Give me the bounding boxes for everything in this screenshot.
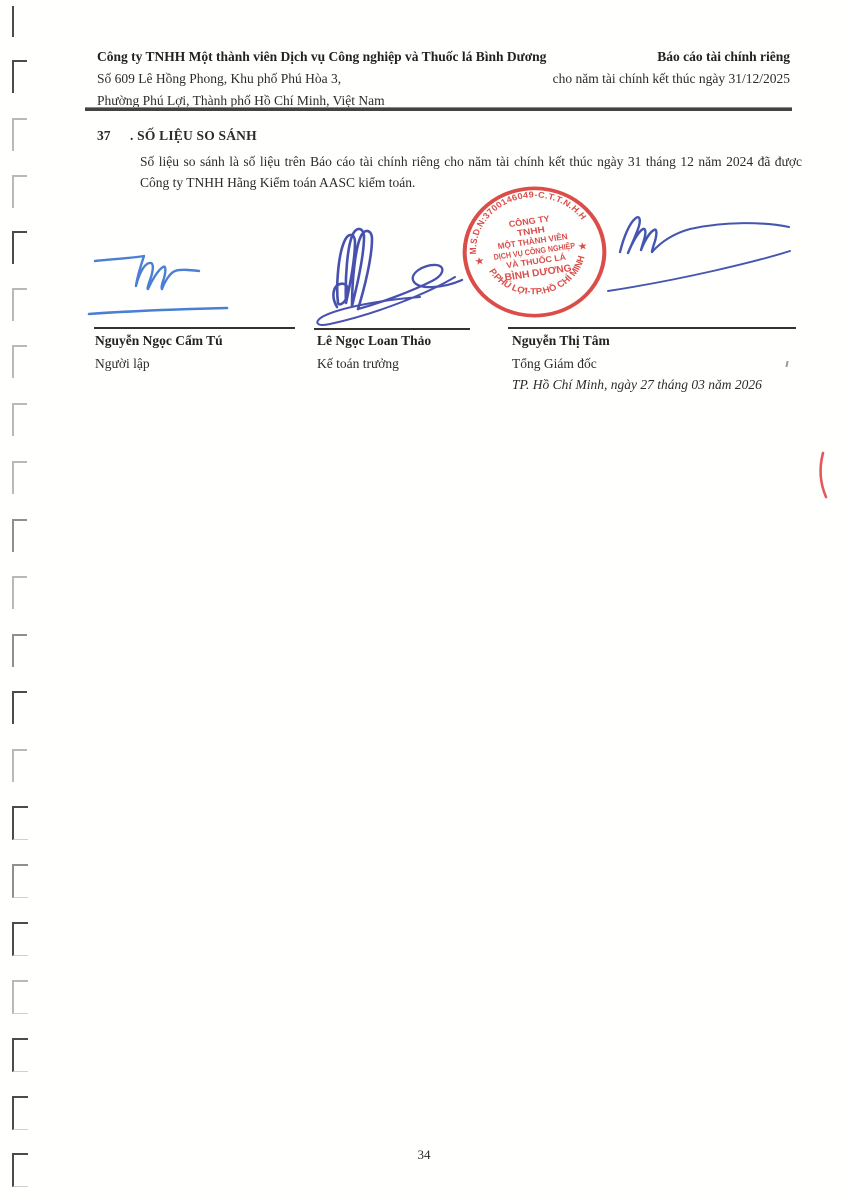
binder-mark [12,634,27,667]
signing-date-line: TP. Hồ Chí Minh, ngày 27 tháng 03 năm 20… [512,377,762,393]
signer-title-chief-accountant: Kế toán trưởng [317,356,399,372]
stamp-star-right: ★ [577,241,589,252]
signature-general-director-sweep [608,251,790,291]
binder-mark [12,6,27,37]
report-period: cho năm tài chính kết thúc ngày 31/12/20… [430,68,790,90]
report-title: Báo cáo tài chính riêng [430,46,790,68]
binder-mark [12,806,28,840]
signer-name-chief-accountant: Lê Ngọc Loan Thảo [317,333,431,349]
binder-mark [12,1038,28,1072]
binder-mark [12,288,27,321]
stamp-seal-icon: M.S.D.N:3700146049-C.T.T.N.H.H P.PHÚ LỢI… [461,185,608,319]
binder-mark [12,749,27,782]
signature-rule-3 [508,327,796,329]
signer-title-preparer: Người lập [95,356,150,372]
scanned-document-page: Công ty TNHH Một thành viên Dịch vụ Công… [0,0,848,1200]
signature-general-director [620,217,656,253]
binder-mark [12,461,27,494]
binder-mark [12,519,27,552]
section-title: . SỐ LIỆU SO SÁNH [130,128,257,144]
company-stamp: M.S.D.N:3700146049-C.T.T.N.H.H P.PHÚ LỢI… [461,185,608,319]
stamp-star-left: ★ [473,256,485,267]
signature-chief-accountant-flourish [358,265,462,309]
signature-rule-1 [94,327,295,329]
signer-title-general-director: Tổng Giám đốc [512,356,597,372]
binder-mark [12,60,27,93]
binder-mark [12,403,27,436]
header-divider [85,107,792,111]
signature-general-director-flourish [652,223,789,252]
binder-mark [12,864,28,898]
signer-name-preparer: Nguyễn Ngọc Cẩm Tú [95,333,223,349]
page-number: 34 [404,1147,444,1163]
binder-mark [12,118,27,151]
header-right: Báo cáo tài chính riêng cho năm tài chín… [430,46,790,90]
red-edge-mark [821,453,826,497]
binder-mark [12,1096,28,1130]
binder-mark [12,231,27,264]
section-number: 37 [97,128,111,144]
signature-preparer [95,256,199,289]
binder-mark [12,980,28,1014]
signature-chief-accountant [333,229,372,309]
binder-mark [12,345,27,378]
binder-mark [12,175,27,208]
binder-mark [12,691,27,724]
binder-mark [12,1153,28,1187]
signature-chief-accountant-sweep [317,277,455,325]
signature-preparer-underline [89,308,227,314]
binder-mark [12,922,28,956]
binder-mark [12,576,27,609]
scan-speck [785,361,788,367]
signature-rule-2 [314,328,470,330]
signer-name-general-director: Nguyễn Thị Tâm [512,333,610,349]
